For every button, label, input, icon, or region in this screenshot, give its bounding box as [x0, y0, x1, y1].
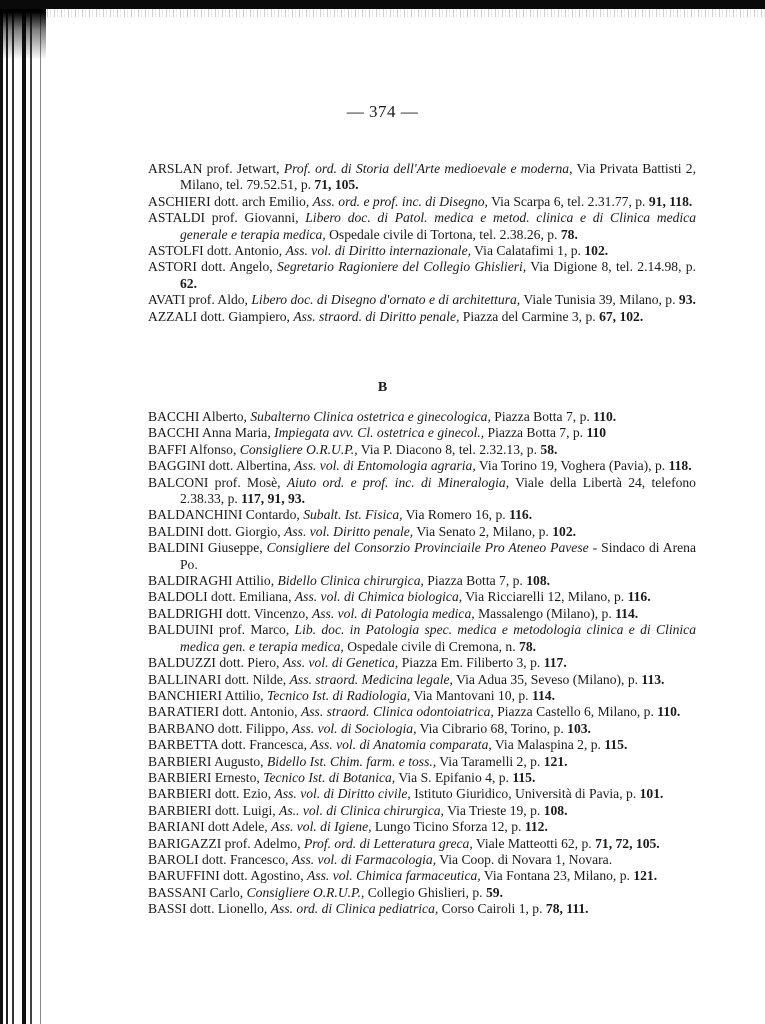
entry-title-firstname: Attilio, [222, 688, 267, 703]
directory-entry: ASTOLFI dott. Antonio, Ass. vol. di Diri… [148, 243, 696, 259]
book-binding-shadow [0, 0, 46, 1024]
entry-title-firstname: dott. Emiliana, [208, 589, 295, 604]
entry-address: Viale Tunisia 39, Milano, p. [520, 292, 679, 307]
entry-role: Prof. ord. di Storia dell'Arte medioeval… [284, 161, 573, 176]
entry-title-firstname: dott. Giampiero, [197, 309, 293, 324]
directory-entry: BALDANCHINI Contardo, Subalt. Ist. Fisic… [148, 507, 696, 523]
entry-title-firstname: dott Adele, [205, 819, 271, 834]
entry-role: Ass. vol. di Entomologia agraria, [294, 458, 476, 473]
directory-entry: BALDOLI dott. Emiliana, Ass. vol. di Chi… [148, 589, 696, 605]
entry-role: Ass. vol. di Sociologia, [292, 721, 417, 736]
entry-surname: BARBANO [148, 721, 214, 736]
entry-title-firstname: Alfonso, [187, 442, 240, 457]
entry-address: Via Coop. di Novara 1, Novara. [436, 852, 612, 867]
entry-page-refs: 113. [641, 672, 664, 687]
entry-surname: ASTORI [148, 259, 197, 274]
entry-address: Via P. Diacono 8, tel. 2.32.13, p. [358, 442, 541, 457]
entry-page-refs: 121. [544, 754, 568, 769]
page-number: — 374 — [0, 102, 765, 122]
entry-role: Ass. ord. e prof. inc. di Disegno, [313, 194, 488, 209]
directory-entry: AVATI prof. Aldo, Libero doc. di Disegno… [148, 292, 696, 308]
entry-surname: BALLINARI [148, 672, 221, 687]
entry-page-refs: 114. [615, 606, 638, 621]
entry-page-refs: 58. [540, 442, 557, 457]
entry-address: Via Digione 8, tel. 2.14.98, p. [526, 259, 696, 274]
directory-entry: BANCHIERI Attilio, Tecnico Ist. di Radio… [148, 688, 696, 704]
entry-role: Subalterno Clinica ostetrica e ginecolog… [250, 409, 491, 424]
entry-title-firstname: Ernesto, [211, 770, 263, 785]
entry-page-refs: 117, 91, 93. [241, 491, 305, 506]
entry-surname: ASTALDI [148, 210, 205, 225]
directory-entry: BARATIERI dott. Antonio, Ass. straord. C… [148, 704, 696, 720]
entry-address: Via Trieste 19, p. [444, 803, 544, 818]
entry-surname: BASSANI [148, 885, 206, 900]
scan-top-edge [0, 0, 765, 9]
entry-role: Tecnico Ist. di Botanica, [263, 770, 395, 785]
entry-address: Corso Cairoli 1, p. [438, 901, 546, 916]
entry-surname: BALDOLI [148, 589, 208, 604]
entry-title-firstname: dott. Lionello, [187, 901, 271, 916]
directory-entry: BALCONI prof. Mosè, Aiuto ord. e prof. i… [148, 475, 696, 508]
entry-title-firstname: prof. Marco, [214, 622, 295, 637]
entry-title-firstname: prof. Jetwart, [202, 161, 283, 176]
entry-title-firstname: Giuseppe, [204, 540, 267, 555]
entry-page-refs: 116. [628, 589, 651, 604]
entry-role: Consigliere del Consorzio Provinciaile P… [267, 540, 589, 555]
directory-entry: BARBETTA dott. Francesca, Ass. vol. di A… [148, 737, 696, 753]
entry-role: Ass. vol. Diritto penale, [284, 524, 413, 539]
entry-role: As.. vol. di Clinica chirurgica, [279, 803, 444, 818]
entry-address: Via Taramelli 2, p. [436, 754, 544, 769]
entry-page-refs: 115. [604, 737, 627, 752]
entry-role: Libero doc. di Disegno d'ornato e di arc… [251, 292, 520, 307]
entry-surname: BAROLI [148, 852, 199, 867]
entry-role: Impiegata avv. Cl. ostetrica e ginecol., [274, 425, 484, 440]
entry-address: Piazza Botta 7, p. [491, 409, 593, 424]
entry-page-refs: 102. [552, 524, 576, 539]
directory-entry: BACCHI Alberto, Subalterno Clinica ostet… [148, 409, 696, 425]
entry-surname: ASTOLFI [148, 243, 204, 258]
entry-role: Ass. vol. di Diritto civile, [275, 786, 411, 801]
entry-surname: AVATI [148, 292, 185, 307]
entry-title-firstname: dott. Vincenzo, [223, 606, 312, 621]
entry-surname: AZZALI [148, 309, 197, 324]
directory-entry: BARIGAZZI prof. Adelmo, Prof. ord. di Le… [148, 836, 696, 852]
entry-title-firstname: dott. Agostino, [220, 868, 307, 883]
directory-entry: BARBIERI Augusto, Bidello Ist. Chim. far… [148, 754, 696, 770]
directory-entry: ASCHIERI dott. arch Emilio, Ass. ord. e … [148, 194, 696, 210]
entry-address: Ospedale civile di Tortona, tel. 2.38.26… [326, 227, 561, 242]
entry-surname: BARATIERI [148, 704, 219, 719]
entry-page-refs: 110. [593, 409, 616, 424]
entry-address: Collegio Ghislieri, p. [364, 885, 486, 900]
entry-surname: BAGGINI [148, 458, 205, 473]
entry-role: Segretario Ragioniere del Collegio Ghisl… [277, 259, 526, 274]
directory-entry: BALDINI Giuseppe, Consigliere del Consor… [148, 540, 696, 573]
entry-title-firstname: Anna Maria, [199, 425, 274, 440]
entry-surname: BANCHIERI [148, 688, 222, 703]
directory-entry: BACCHI Anna Maria, Impiegata avv. Cl. os… [148, 425, 696, 441]
directory-entry: BARBIERI dott. Luigi, As.. vol. di Clini… [148, 803, 696, 819]
entry-page-refs: 103. [567, 721, 591, 736]
entry-title-firstname: Augusto, [211, 754, 267, 769]
entry-surname: ASCHIERI [148, 194, 211, 209]
directory-entry: BALDINI dott. Giorgio, Ass. vol. Diritto… [148, 524, 696, 540]
directory-entry: BARIANI dott Adele, Ass. vol. di Igiene,… [148, 819, 696, 835]
entry-role: Ass. vol. di Anatomia comparata, [310, 737, 491, 752]
directory-entry: BALDRIGHI dott. Vincenzo, Ass. vol. di P… [148, 606, 696, 622]
entry-title-firstname: dott. Angelo, [197, 259, 277, 274]
entry-page-refs: 118. [669, 458, 692, 473]
entry-address: Via Malaspina 2, p. [492, 737, 605, 752]
entry-address: Piazza del Carmine 3, p. [459, 309, 599, 324]
entry-page-refs: 121. [633, 868, 657, 883]
entry-page-refs: 78. [519, 639, 536, 654]
entry-page-refs: 115. [512, 770, 535, 785]
entry-address: Lungo Ticino Sforza 12, p. [372, 819, 525, 834]
directory-entry: BARBIERI dott. Ezio, Ass. vol. di Diritt… [148, 786, 696, 802]
entry-page-refs: 91, 118. [649, 194, 692, 209]
entry-role: Consigliere O.R.U.P., [247, 885, 365, 900]
entry-title-firstname: dott. arch Emilio, [211, 194, 313, 209]
entry-role: Tecnico Ist. di Radiologia, [267, 688, 410, 703]
entry-role: Bidello Clinica chirurgica, [278, 573, 424, 588]
entry-page-refs: 110. [657, 704, 680, 719]
entry-surname: BARBETTA [148, 737, 218, 752]
entry-page-refs: 108. [544, 803, 568, 818]
directory-entry: BALDIRAGHI Attilio, Bidello Clinica chir… [148, 573, 696, 589]
entry-page-refs: 110 [586, 425, 606, 440]
entry-address: Via Cibrario 68, Torino, p. [417, 721, 568, 736]
entry-surname: BARBIERI [148, 770, 211, 785]
entry-surname: BARUFFINI [148, 868, 220, 883]
entry-role: Prof. ord. di Letteratura greca, [304, 836, 473, 851]
entry-surname: BALDUZZI [148, 655, 216, 670]
entry-surname: BASSI [148, 901, 187, 916]
directory-entry: ASTORI dott. Angelo, Segretario Ragionie… [148, 259, 696, 292]
directory-entry: BALLINARI dott. Nilde, Ass. straord. Med… [148, 672, 696, 688]
entry-title-firstname: dott. Albertina, [205, 458, 294, 473]
entry-role: Ass. vol. di Patologia medica, [312, 606, 475, 621]
entry-role: Ass. ord. di Clinica pediatrica, [271, 901, 439, 916]
entry-title-firstname: prof. Adelmo, [221, 836, 304, 851]
directory-entry: BALDUINI prof. Marco, Lib. doc. in Patol… [148, 622, 696, 655]
entry-address: Piazza Botta 7, p. [484, 425, 586, 440]
entry-role: Ass. straord. Clinica odontoiatrica, [301, 704, 494, 719]
entry-address: Istituto Giuridico, Università di Pavia,… [411, 786, 640, 801]
entry-page-refs: 71, 72, 105. [595, 836, 660, 851]
entry-title-firstname: Alberto, [199, 409, 250, 424]
directory-entry: BAROLI dott. Francesco, Ass. vol. di Far… [148, 852, 696, 868]
entry-role: Ass. vol. di Farmacologia, [292, 852, 436, 867]
entry-page-refs: 101. [640, 786, 664, 801]
entry-address: Via Romero 16, p. [403, 507, 510, 522]
entry-address: Piazza Castello 6, Milano, p. [494, 704, 657, 719]
entry-surname: BALDIRAGHI [148, 573, 233, 588]
entry-role: Consigliere O.R.U.P., [240, 442, 358, 457]
entry-title-firstname: dott. Francesco, [199, 852, 292, 867]
entry-address: Piazza Botta 7, p. [424, 573, 526, 588]
entry-address: Via Ricciarelli 12, Milano, p. [462, 589, 627, 604]
entry-surname: BALDUINI [148, 622, 214, 637]
entry-page-refs: 71, 105. [314, 177, 358, 192]
entry-title-firstname: dott. Nilde, [221, 672, 289, 687]
entry-title-firstname: Attilio, [233, 573, 278, 588]
entry-surname: BARIANI [148, 819, 205, 834]
directory-entry: ARSLAN prof. Jetwart, Prof. ord. di Stor… [148, 161, 696, 194]
entry-surname: BACCHI [148, 425, 199, 440]
entry-page-refs: 78, 111. [546, 901, 589, 916]
entry-address: Via Scarpa 6, tel. 2.31.77, p. [488, 194, 649, 209]
directory-entry: BALDUZZI dott. Piero, Ass. vol. di Genet… [148, 655, 696, 671]
directory-entry: BARBIERI Ernesto, Tecnico Ist. di Botani… [148, 770, 696, 786]
entry-role: Ass. vol. di Igiene, [271, 819, 371, 834]
directory-entry: BAFFI Alfonso, Consigliere O.R.U.P., Via… [148, 442, 696, 458]
entry-page-refs: 67, 102. [599, 309, 643, 324]
entry-address: Via Adua 35, Seveso (Milano), p. [453, 672, 641, 687]
entry-title-firstname: prof. Mosè, [208, 475, 286, 490]
entry-title-firstname: dott. Luigi, [211, 803, 279, 818]
entry-role: Subalt. Ist. Fisica, [303, 507, 402, 522]
entry-page-refs: 117. [544, 655, 567, 670]
entry-page-refs: 116. [509, 507, 532, 522]
entry-surname: BARBIERI [148, 786, 211, 801]
entry-title-firstname: dott. Filippo, [214, 721, 291, 736]
entry-role: Ass. vol. di Genetica, [283, 655, 399, 670]
entry-role: Ass. straord. di Diritto penale, [293, 309, 459, 324]
entry-title-firstname: dott. Antonio, [204, 243, 286, 258]
entry-title-firstname: prof. Aldo, [185, 292, 251, 307]
entry-surname: BALDINI [148, 540, 204, 555]
entry-surname: BALDANCHINI [148, 507, 242, 522]
entry-address: Massalengo (Milano), p. [475, 606, 615, 621]
entry-title-firstname: Carlo, [206, 885, 246, 900]
entry-address: Via S. Epifanio 4, p. [395, 770, 512, 785]
entry-page-refs: 78. [561, 227, 578, 242]
entry-surname: BARIGAZZI [148, 836, 221, 851]
entry-surname: BALDRIGHI [148, 606, 223, 621]
entry-page-refs: 59. [486, 885, 503, 900]
entry-surname: BARBIERI [148, 803, 211, 818]
scan-top-speckle [40, 9, 765, 17]
entry-address: Viale Matteotti 62, p. [473, 836, 595, 851]
entry-surname: ARSLAN [148, 161, 202, 176]
entry-title-firstname: dott. Francesca, [218, 737, 310, 752]
directory-entry: ASTALDI prof. Giovanni, Libero doc. di P… [148, 210, 696, 243]
entry-address: Ospedale civile di Cremona, n. [344, 639, 519, 654]
entry-title-firstname: dott. Giorgio, [204, 524, 284, 539]
entry-address: Via Torino 19, Voghera (Pavia), p. [476, 458, 669, 473]
entries-section-a: ARSLAN prof. Jetwart, Prof. ord. di Stor… [148, 161, 696, 325]
directory-entry: BARUFFINI dott. Agostino, Ass. vol. Chim… [148, 868, 696, 884]
entry-title-firstname: dott. Antonio, [219, 704, 301, 719]
entry-title-firstname: Contardo, [242, 507, 303, 522]
section-heading-b: B [0, 380, 765, 396]
entry-page-refs: 114. [532, 688, 555, 703]
entry-role: Ass. straord. Medicina legale, [290, 672, 453, 687]
entry-role: Aiuto ord. e prof. inc. di Mineralogia, [287, 475, 509, 490]
entry-role: Ass. vol. di Chimica biologica, [295, 589, 462, 604]
directory-entry: BARBANO dott. Filippo, Ass. vol. di Soci… [148, 721, 696, 737]
entry-surname: BARBIERI [148, 754, 211, 769]
entry-title-firstname: dott. Ezio, [211, 786, 274, 801]
directory-entry: AZZALI dott. Giampiero, Ass. straord. di… [148, 309, 696, 325]
directory-entry: BAGGINI dott. Albertina, Ass. vol. di En… [148, 458, 696, 474]
entry-surname: BACCHI [148, 409, 199, 424]
entry-title-firstname: prof. Giovanni, [205, 210, 305, 225]
directory-entry: BASSI dott. Lionello, Ass. ord. di Clini… [148, 901, 696, 917]
entry-address: Via Fontana 23, Milano, p. [481, 868, 634, 883]
entry-page-refs: 102. [584, 243, 608, 258]
entry-address: Via Calatafimi 1, p. [471, 243, 584, 258]
entry-page-refs: 62. [180, 276, 197, 291]
entry-role: Bidello Ist. Chim. farm. e toss., [267, 754, 436, 769]
entry-address: Via Senato 2, Milano, p. [413, 524, 552, 539]
entry-address: Via Mantovani 10, p. [410, 688, 532, 703]
entry-role: Ass. vol. Chimica farmaceutica, [307, 868, 481, 883]
entry-page-refs: 112. [525, 819, 548, 834]
entries-section-b: BACCHI Alberto, Subalterno Clinica ostet… [148, 409, 696, 918]
entry-page-refs: 93. [679, 292, 696, 307]
entry-surname: BALDINI [148, 524, 204, 539]
entry-surname: BAFFI [148, 442, 187, 457]
entry-role: Ass. vol. di Diritto internazionale, [286, 243, 471, 258]
entry-title-firstname: dott. Piero, [216, 655, 283, 670]
entry-surname: BALCONI [148, 475, 208, 490]
entry-page-refs: 108. [526, 573, 550, 588]
entry-address: Piazza Em. Filiberto 3, p. [398, 655, 543, 670]
directory-entry: BASSANI Carlo, Consigliere O.R.U.P., Col… [148, 885, 696, 901]
